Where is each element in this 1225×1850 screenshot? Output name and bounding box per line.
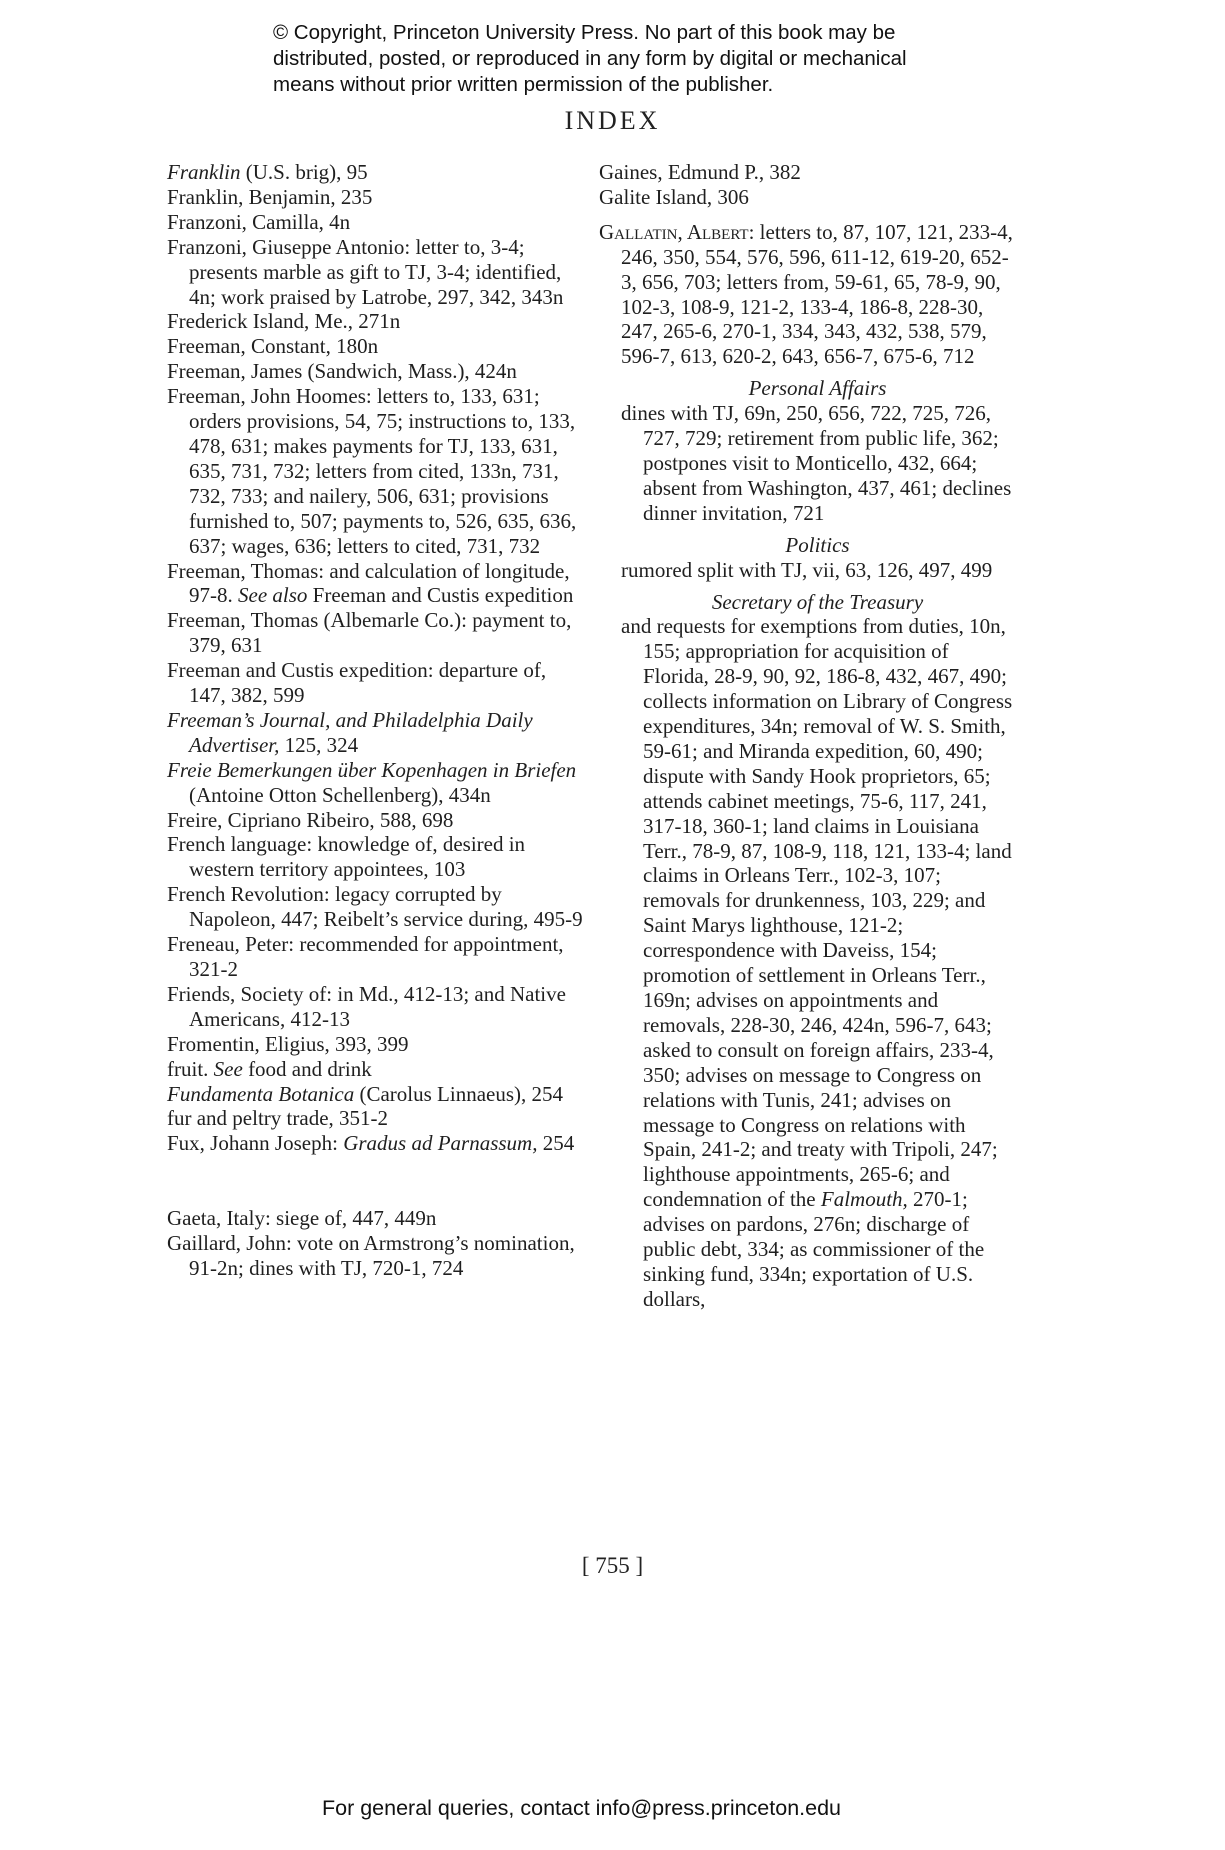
- index-entry: Fux, Johann Joseph: Gradus ad Parnassum,…: [167, 1131, 587, 1156]
- index-entry: Freeman and Custis expedition: departure…: [167, 658, 587, 708]
- subheading-personal-affairs: Personal Affairs: [599, 376, 1014, 401]
- index-entry: Freie Bemerkungen über Kopenhagen in Bri…: [167, 758, 587, 808]
- entry-italic: Freie Bemerkungen über Kopenhagen in Bri…: [167, 758, 576, 782]
- entry-text: food and drink: [243, 1057, 372, 1081]
- index-entry: Freeman’s Journal, and Philadelphia Dail…: [167, 708, 587, 758]
- index-entry: Franzoni, Camilla, 4n: [167, 210, 587, 235]
- entry-headword: Gallatin, Albert: [599, 220, 749, 244]
- entry-text: (U.S. brig), 95: [241, 160, 368, 184]
- index-entry: Freneau, Peter: recommended for appointm…: [167, 932, 587, 982]
- index-entry: Freeman, John Hoomes: letters to, 133, 6…: [167, 384, 587, 558]
- copyright-line: means without prior written permission o…: [273, 72, 993, 98]
- index-column-right: Gaines, Edmund P., 382 Galite Island, 30…: [599, 160, 1014, 1312]
- index-entry-gallatin: Gallatin, Albert: letters to, 87, 107, 1…: [599, 220, 1014, 369]
- subheading-secretary-of-treasury: Secretary of the Treasury: [599, 590, 1014, 615]
- index-entry: fruit. See food and drink: [167, 1057, 587, 1082]
- index-entry: Fromentin, Eligius, 393, 399: [167, 1032, 587, 1057]
- entry-text: 254: [537, 1131, 574, 1155]
- entry-text: fruit.: [167, 1057, 214, 1081]
- index-entry: Gaeta, Italy: siege of, 447, 449n: [167, 1206, 587, 1231]
- index-entry: Franklin, Benjamin, 235: [167, 185, 587, 210]
- index-entry: Franklin (U.S. brig), 95: [167, 160, 587, 185]
- copyright-line: © Copyright, Princeton University Press.…: [273, 20, 993, 46]
- entry-text: Fux, Johann Joseph:: [167, 1131, 343, 1155]
- entry-italic: Franklin: [167, 160, 241, 184]
- index-column-left: Franklin (U.S. brig), 95 Franklin, Benja…: [167, 160, 587, 1281]
- entry-text: and requests for exemptions from duties,…: [621, 614, 1012, 1211]
- page-number: [ 755 ]: [0, 1553, 1225, 1579]
- index-entry: Freeman, Constant, 180n: [167, 334, 587, 359]
- page-title: INDEX: [0, 106, 1225, 136]
- index-entry: Friends, Society of: in Md., 412-13; and…: [167, 982, 587, 1032]
- index-entry: Freire, Cipriano Ribeiro, 588, 698: [167, 808, 587, 833]
- index-entry: Frederick Island, Me., 271n: [167, 309, 587, 334]
- index-entry: Gaillard, John: vote on Armstrong’s nomi…: [167, 1231, 587, 1281]
- index-entry: Freeman, Thomas: and calculation of long…: [167, 559, 587, 609]
- entry-italic: Fundamenta Botanica: [167, 1082, 354, 1106]
- entry-text: Freeman and Custis expedition: [307, 583, 573, 607]
- index-entry: fur and peltry trade, 351-2: [167, 1106, 587, 1131]
- spacer: [599, 210, 1014, 220]
- index-entry: Fundamenta Botanica (Carolus Linnaeus), …: [167, 1082, 587, 1107]
- entry-text: 125, 324: [279, 733, 358, 757]
- copyright-notice: © Copyright, Princeton University Press.…: [273, 20, 993, 98]
- see-also-reference: See also: [238, 583, 307, 607]
- index-entry: French Revolution: legacy corrupted by N…: [167, 882, 587, 932]
- index-entry: French language: knowledge of, desired i…: [167, 832, 587, 882]
- index-entry: Freeman, Thomas (Albemarle Co.): payment…: [167, 608, 587, 658]
- entry-text: Franzoni, Giuseppe Antonio: letter to, 3…: [167, 235, 563, 309]
- index-entry: Franzoni, Giuseppe Antonio: letter to, 3…: [167, 235, 587, 310]
- entry-italic: Gradus ad Parnassum,: [343, 1131, 537, 1155]
- contact-footer: For general queries, contact info@press.…: [322, 1796, 841, 1821]
- entry-italic: Falmouth,: [821, 1187, 908, 1211]
- subentry: dines with TJ, 69n, 250, 656, 722, 725, …: [621, 401, 1014, 526]
- entry-text: (Antoine Otton Schellenberg), 434n: [189, 783, 491, 807]
- see-reference: See: [214, 1057, 243, 1081]
- letter-section-break: [167, 1156, 587, 1206]
- subheading-politics: Politics: [599, 533, 1014, 558]
- subentry: rumored split with TJ, vii, 63, 126, 497…: [621, 558, 1014, 583]
- subentry: and requests for exemptions from duties,…: [621, 614, 1014, 1311]
- entry-text: (Carolus Linnaeus), 254: [354, 1082, 563, 1106]
- index-entry: Freeman, James (Sandwich, Mass.), 424n: [167, 359, 587, 384]
- copyright-line: distributed, posted, or reproduced in an…: [273, 46, 993, 72]
- index-entry: Gaines, Edmund P., 382: [599, 160, 1014, 185]
- index-entry: Galite Island, 306: [599, 185, 1014, 210]
